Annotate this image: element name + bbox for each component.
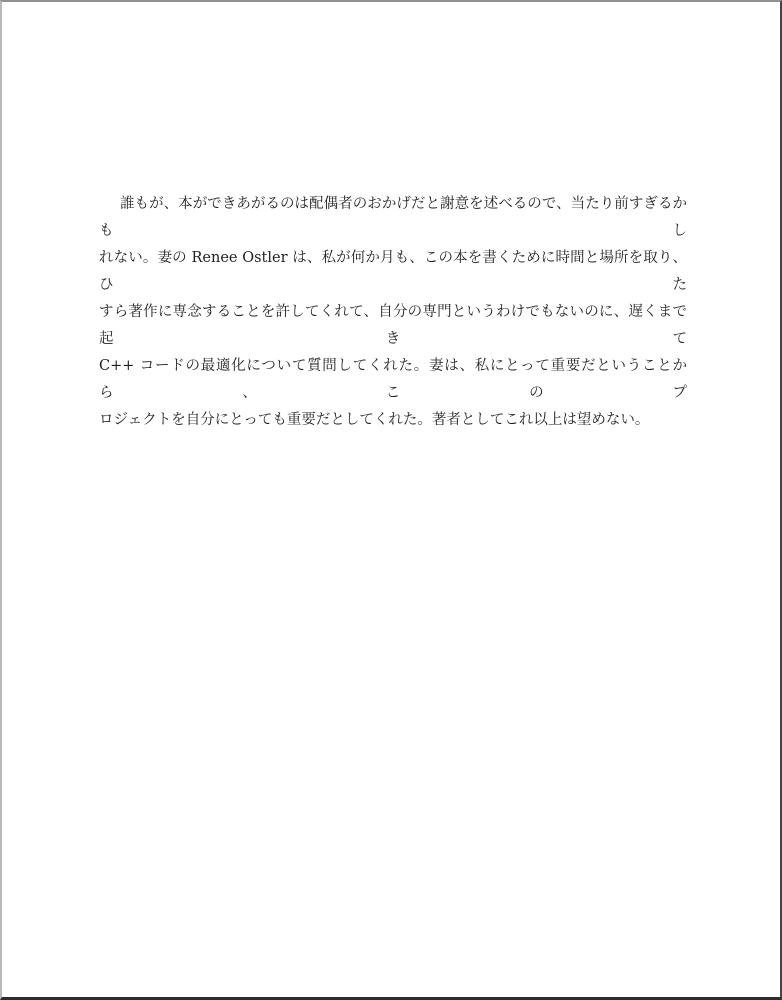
paragraph-line: 誰もが、本ができあがるのは配偶者のおかげだと謝意を述べるので、当たり前すぎるかも… [99,191,687,245]
acknowledgments-paragraph: 誰もが、本ができあがるのは配偶者のおかげだと謝意を述べるので、当たり前すぎるかも… [99,191,687,434]
paragraph-line: れない。妻の Renee Ostler は、私が何か月も、この本を書くために時間… [99,245,687,299]
paragraph-line: ロジェクトを自分にとっても重要だとしてくれた。著者としてこれ以上は望めない。 [99,407,687,434]
paragraph-line: すら著作に専念することを許してくれて、自分の専門というわけでもないのに、遅くまで… [99,299,687,353]
paragraph-line: C++ コードの最適化について質問してくれた。妻は、私にとって重要だということか… [99,353,687,407]
book-page: 誰もが、本ができあがるのは配偶者のおかげだと謝意を述べるので、当たり前すぎるかも… [0,0,782,1000]
